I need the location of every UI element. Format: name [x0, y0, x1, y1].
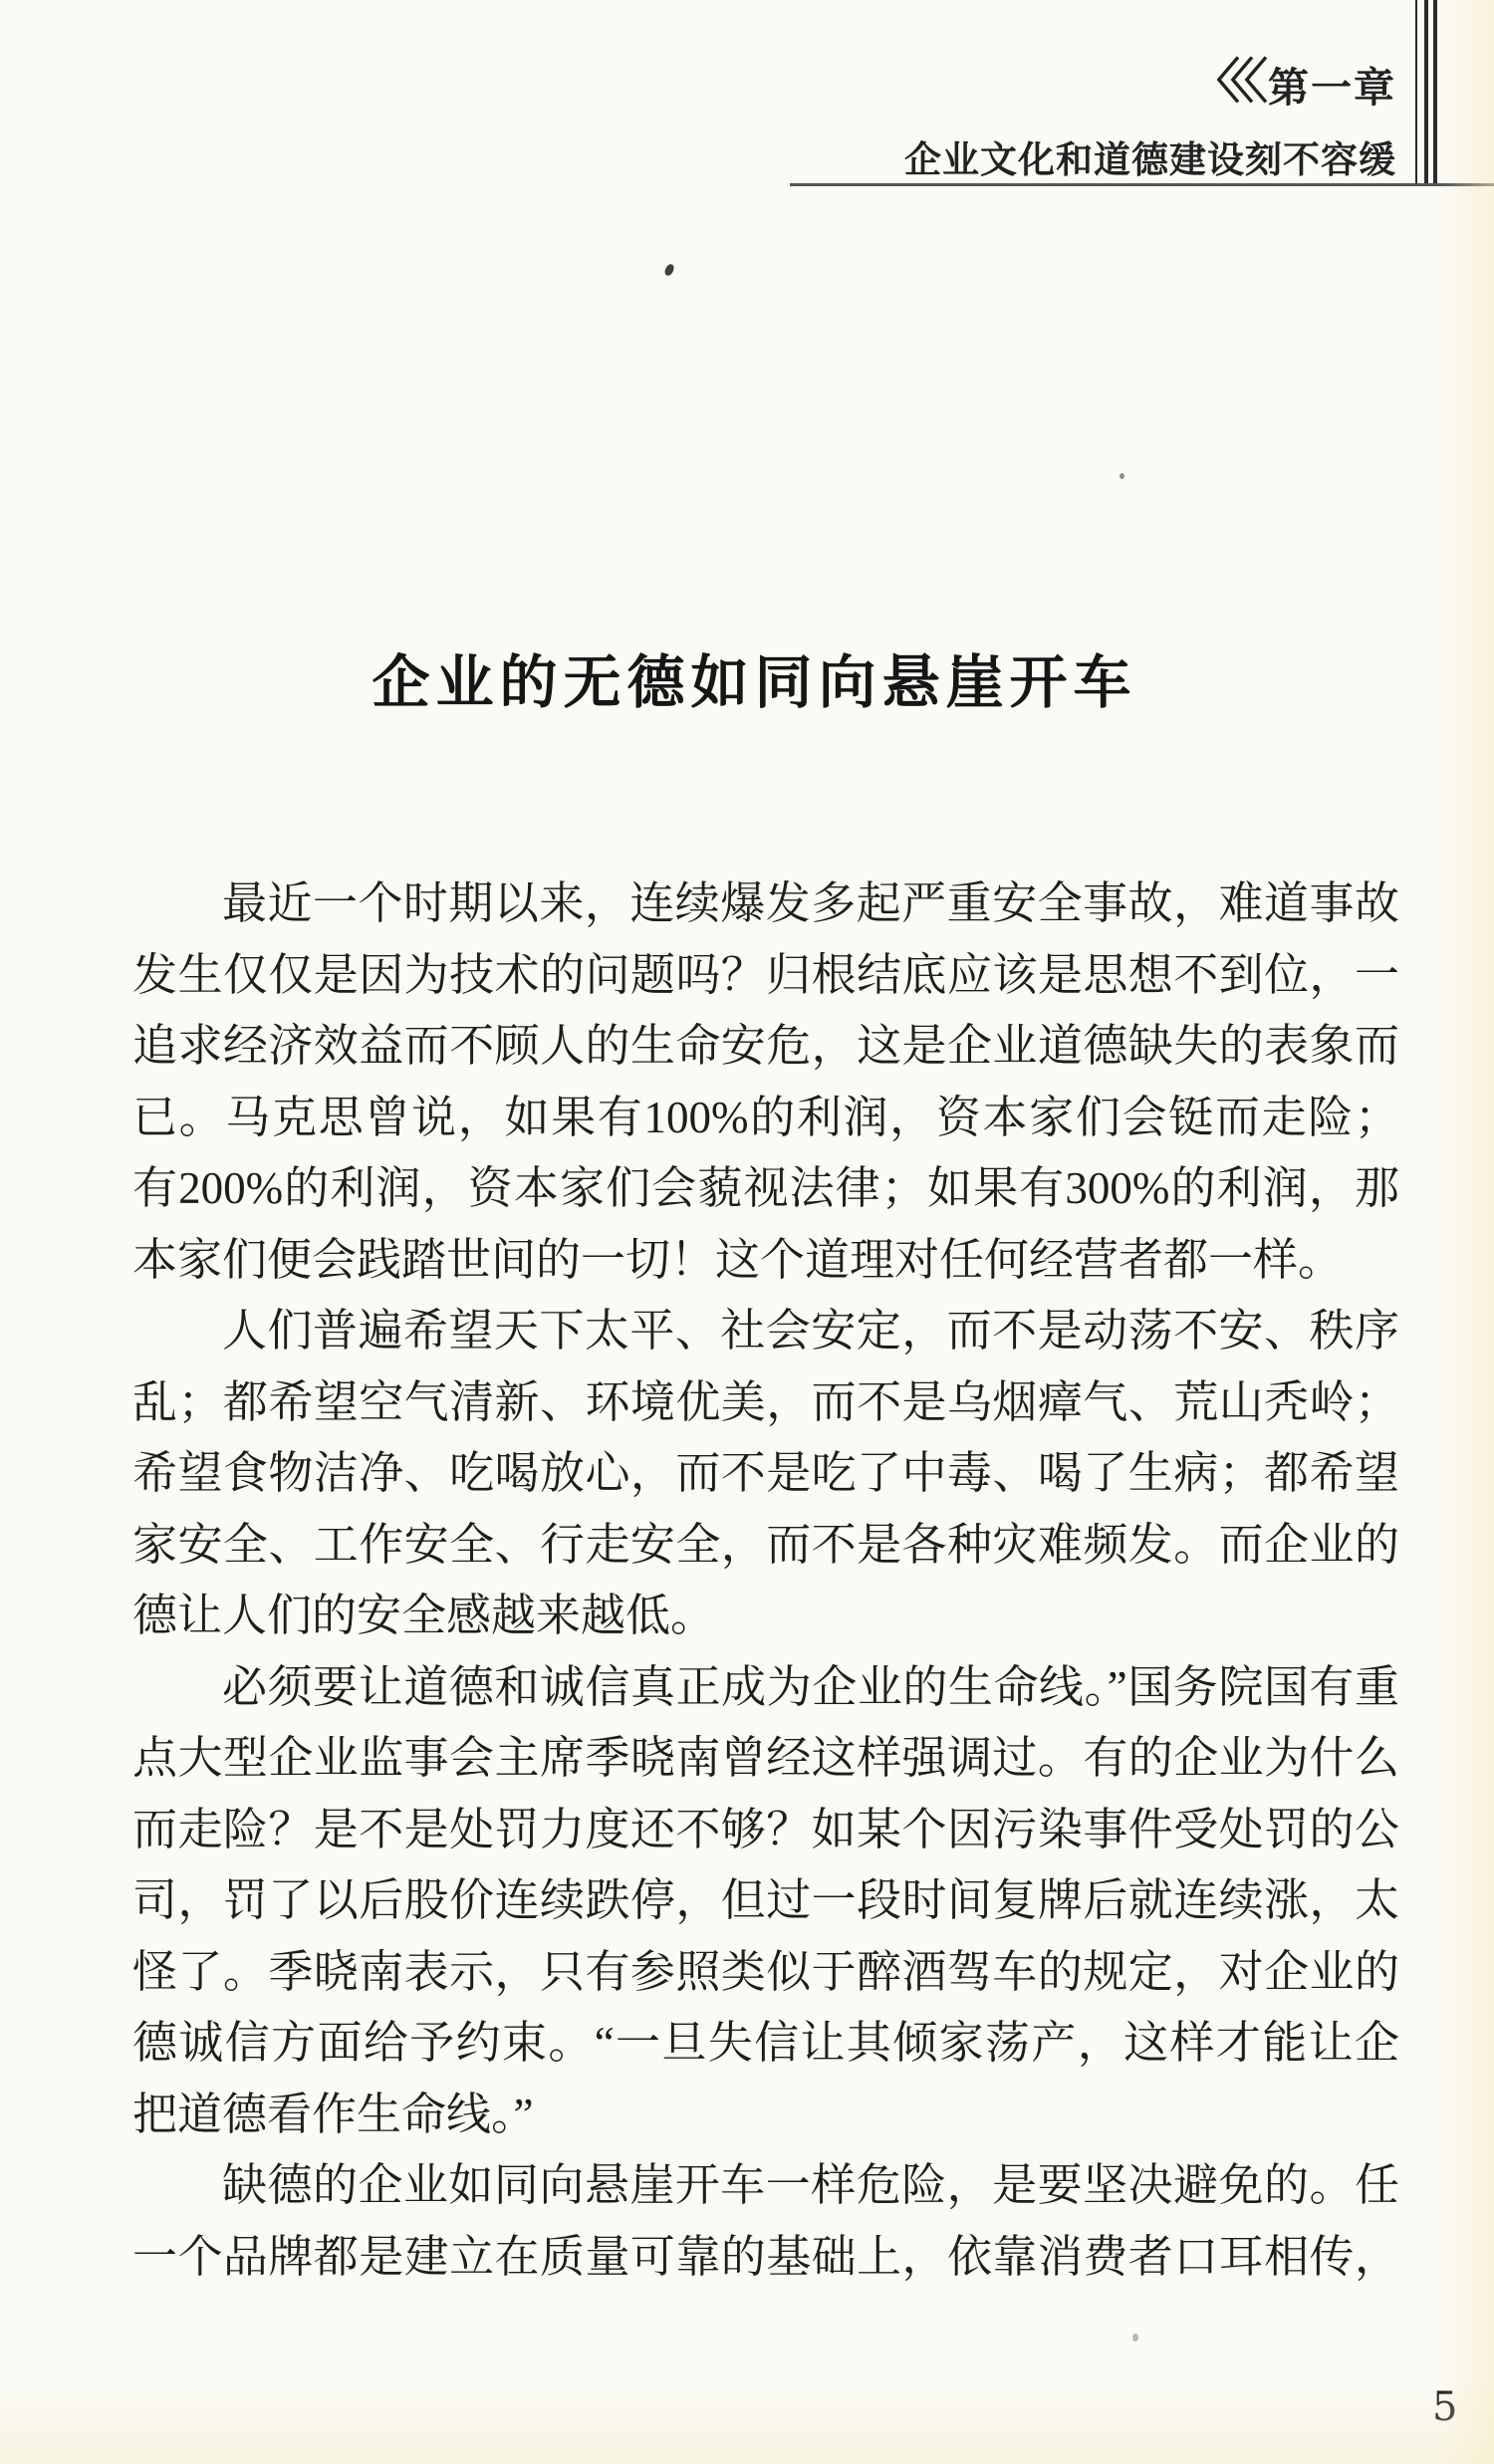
- corner-rule-thin: [1415, 0, 1417, 185]
- body-line: 把道德看作生命线。”: [132, 2080, 1399, 2151]
- body-line: 德诚信方面给予约束。“一旦失信让其倾家荡产，这样才能让企业: [132, 2008, 1399, 2080]
- page-number: 5: [1432, 2384, 1457, 2430]
- chapter-header: 〈〈〈第一章 企业文化和道德建设刻不容缓: [904, 60, 1396, 183]
- body-line: 德让人们的安全感越来越低。: [132, 1581, 1399, 1652]
- body-line: 司，罚了以后股价连续跌停，但过一段时间复牌后就连续涨，太奇: [132, 1865, 1399, 1937]
- ink-speck: [663, 263, 674, 277]
- body-line: 家安全、工作安全、行走安全，而不是各种灾难频发。而企业的缺: [132, 1510, 1399, 1582]
- article-body: 最近一个时期以来，连续爆发多起严重安全事故，难道事故的发生仅仅是因为技术的问题吗…: [132, 868, 1399, 2293]
- header-divider: [790, 183, 1494, 186]
- body-line: 怪了。季晓南表示，只有参照类似于醉酒驾车的规定，对企业的道: [132, 1937, 1399, 2009]
- article-title: 企业的无德如同向悬崖开车: [0, 635, 1494, 719]
- chapter-number: 第一章: [1268, 65, 1396, 111]
- body-line: 而走险？是不是处罚力度还不够？如某个因污染事件受处罚的公: [132, 1795, 1399, 1866]
- body-line: 已。马克思曾说，如果有100%的利润，资本家们会铤而走险；如果: [132, 1083, 1399, 1154]
- body-line: 有200%的利润，资本家们会藐视法律；如果有300%的利润，那么资: [132, 1153, 1399, 1225]
- book-page: 〈〈〈第一章 企业文化和道德建设刻不容缓 企业的无德如同向悬崖开车 最近一个时期…: [0, 0, 1494, 2464]
- body-line: 希望食物洁净、吃喝放心，而不是吃了中毒、喝了生病；都希望居: [132, 1438, 1399, 1510]
- corner-rule-thick-2: [1433, 0, 1437, 185]
- body-line: 乱；都希望空气清新、环境优美，而不是乌烟瘴气、荒山秃岭；都: [132, 1367, 1399, 1439]
- body-line: 必须要让道德和诚信真正成为企业的生命线。”国务院国有重: [132, 1652, 1399, 1724]
- corner-rule-thick-1: [1424, 0, 1428, 185]
- body-line: 一个品牌都是建立在质量可靠的基础上，依靠消费者口耳相传，使: [132, 2222, 1399, 2294]
- body-line: 人们普遍希望天下太平、社会安定，而不是动荡不安、秩序混: [132, 1296, 1399, 1367]
- body-line: 缺德的企业如同向悬崖开车一样危险，是要坚决避免的。任何: [132, 2150, 1399, 2222]
- page-edge-tint: [1442, 0, 1494, 2464]
- chapter-chevrons-icon: 〈〈〈: [1192, 56, 1258, 110]
- ink-speck: [1120, 473, 1124, 479]
- chapter-line: 〈〈〈第一章: [904, 60, 1396, 114]
- chapter-title: 企业文化和道德建设刻不容缓: [904, 129, 1396, 183]
- page-edge-tint: [0, 2384, 1494, 2464]
- body-line: 本家们便会践踏世间的一切！这个道理对任何经营者都一样。: [132, 1225, 1399, 1297]
- body-line: 点大型企业监事会主席季晓南曾经这样强调过。有的企业为什么铤: [132, 1723, 1399, 1795]
- ink-speck: [1132, 2334, 1138, 2341]
- body-line: 最近一个时期以来，连续爆发多起严重安全事故，难道事故的: [132, 868, 1399, 940]
- body-line: 追求经济效益而不顾人的生命安危，这是企业道德缺失的表象而: [132, 1011, 1399, 1083]
- body-line: 发生仅仅是因为技术的问题吗？归根结底应该是思想不到位，一味: [132, 940, 1399, 1012]
